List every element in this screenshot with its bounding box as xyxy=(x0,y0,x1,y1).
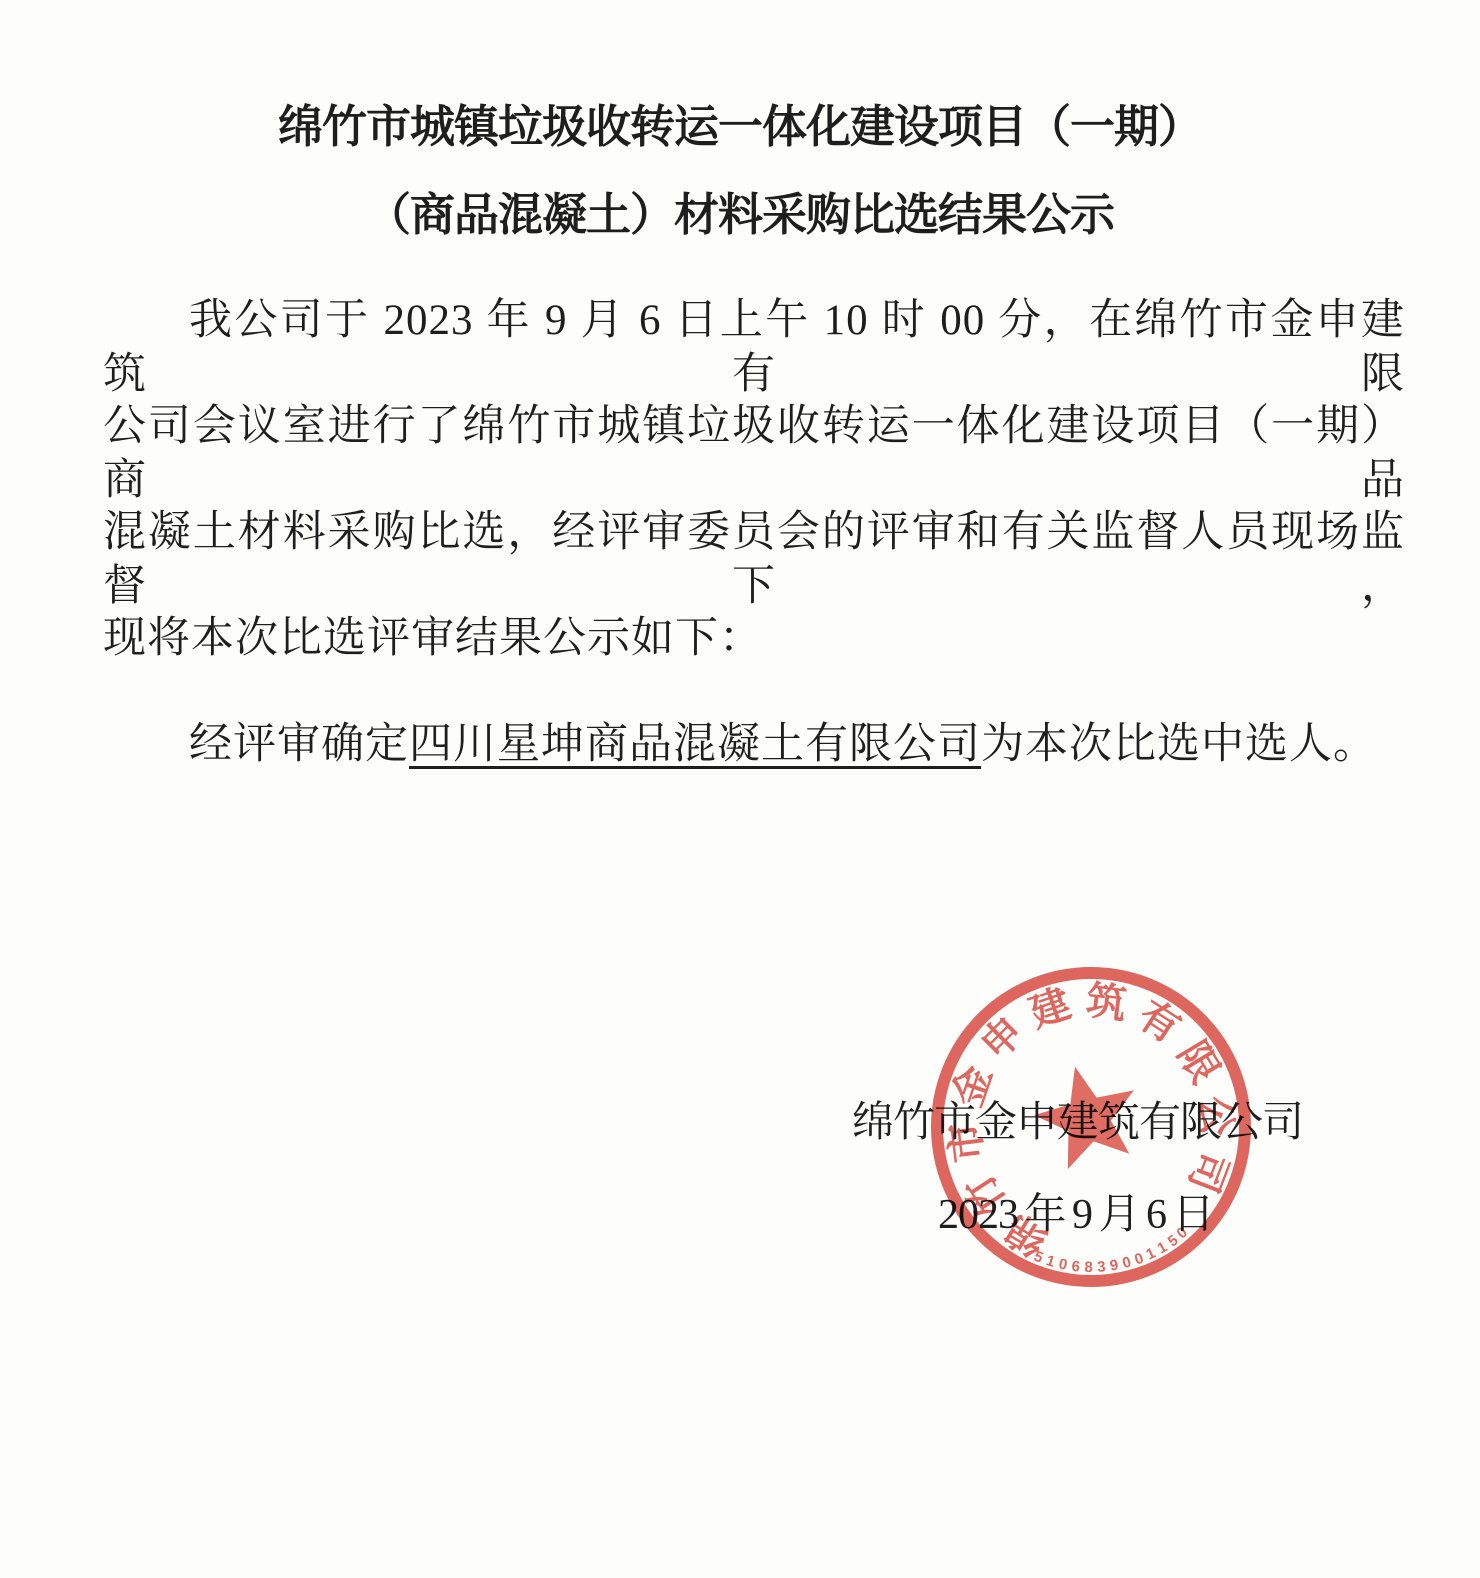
seal-number-digit: 6 xyxy=(1071,1258,1081,1276)
seal-arc-char: 市 xyxy=(942,1120,992,1165)
winner-company-underlined: 四川星坤商品混凝土有限公司 xyxy=(409,721,981,768)
seal-number-digit: 1 xyxy=(1044,1252,1057,1271)
seal-number-digit: 9 xyxy=(1109,1257,1120,1275)
paragraph1-line3: 混凝土材料采购比选，经评审委员会的评审和有关监督人员现场监督下， xyxy=(103,506,1405,614)
seal-number-digit: 0 xyxy=(1121,1254,1133,1273)
seal-star-icon xyxy=(1025,1054,1148,1174)
seal-arc-char: 筑 xyxy=(1084,978,1129,1028)
seal-number-digit: 3 xyxy=(1097,1258,1107,1276)
company-seal-stamp: 绵 竹 市 金 申 建 筑 有 限 公 司 5 1 0 6 8 3 9 0 0 … xyxy=(921,957,1261,1297)
page-title-line1: 绵竹市城镇垃圾收转运一体化建设项目（一期） xyxy=(0,101,1480,153)
paragraph1-line4: 现将本次比选评审结果公示如下： xyxy=(103,612,1405,666)
page-title-line2: （商品混凝土）材料采购比选结果公示 xyxy=(0,189,1480,241)
seal-number-digit: 0 xyxy=(1132,1250,1146,1269)
paragraph1-line1: 我公司于 2023 年 9 月 6 日上午 10 时 00 分，在绵竹市金申建筑… xyxy=(103,294,1405,402)
paragraph2: 经评审确定四川星坤商品混凝土有限公司为本次比选中选人。 xyxy=(103,718,1405,772)
seal-number-digit: 8 xyxy=(1084,1259,1093,1276)
paragraph2-suffix: 为本次比选中选人。 xyxy=(981,721,1377,768)
paragraph2-prefix: 经评审确定 xyxy=(189,721,409,768)
scanned-document-page: 绵竹市城镇垃圾收转运一体化建设项目（一期） （商品混凝土）材料采购比选结果公示 … xyxy=(0,0,1480,1578)
paragraph1-line2: 公司会议室进行了绵竹市城镇垃圾收转运一体化建设项目（一期）商品 xyxy=(103,400,1405,508)
seal-number: 5 1 0 6 8 3 9 0 0 1 1 5 0 xyxy=(1031,1224,1191,1276)
seal-arc-char: 公 xyxy=(1192,1094,1240,1138)
seal-number-digit: 0 xyxy=(1057,1256,1069,1274)
